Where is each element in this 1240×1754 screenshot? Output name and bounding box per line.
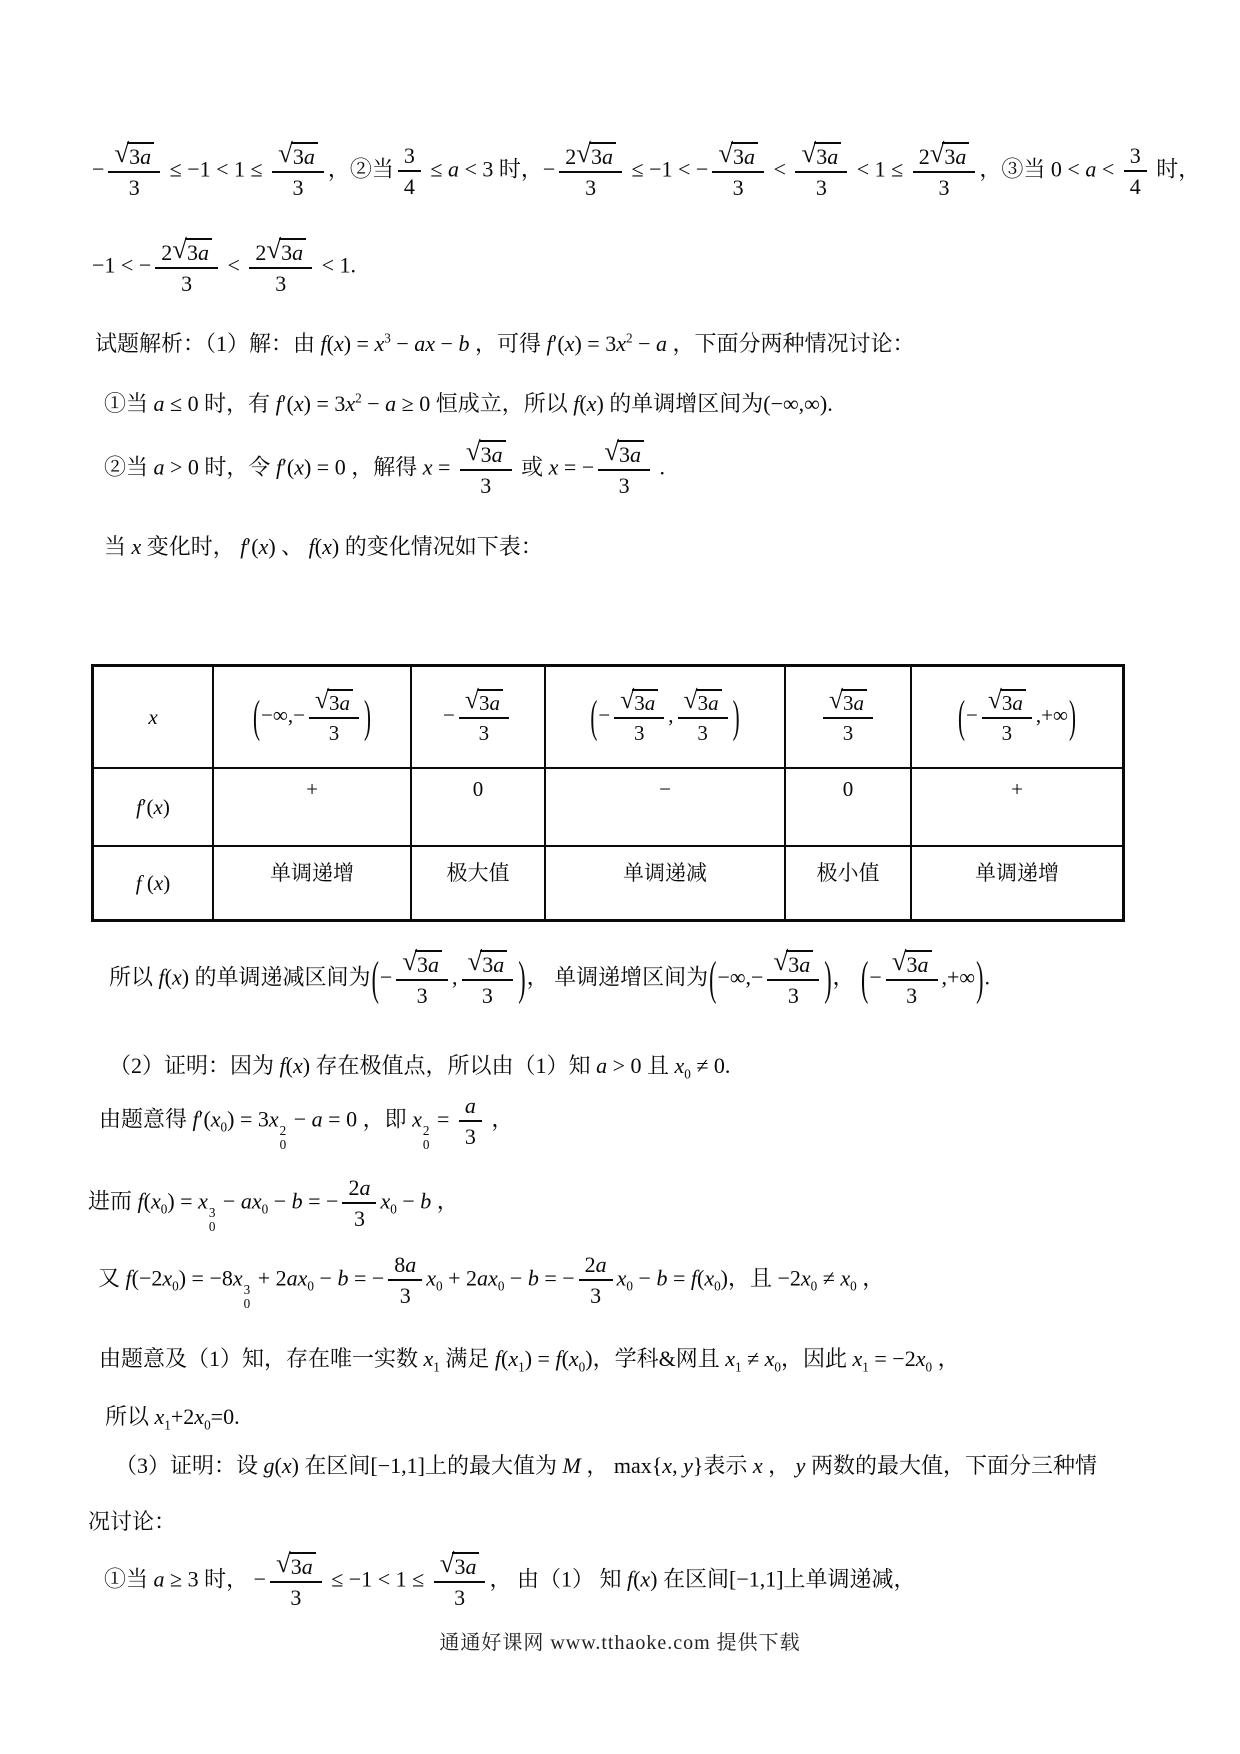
fraction: √3a3 <box>598 440 650 499</box>
radical-icon: √ <box>172 236 187 263</box>
subscript: 0 <box>307 1279 314 1294</box>
square-root: √3a <box>829 689 867 715</box>
fraction: √3a3 <box>614 689 664 745</box>
table-row: f′(x)+0−0+ <box>93 768 1124 846</box>
fraction-denominator: 4 <box>1130 172 1141 199</box>
fraction: a3 <box>459 1093 482 1150</box>
table-header-cell: (−√3a3,+∞) <box>911 666 1124 769</box>
fraction-denominator: 3 <box>733 173 744 200</box>
subscript: 0 <box>714 1279 721 1294</box>
fraction: √3a3 <box>767 950 819 1009</box>
radicand: 3a <box>1000 689 1026 715</box>
fraction-denominator: 3 <box>479 719 490 745</box>
square-root: √3a <box>440 1552 480 1579</box>
table-cell: 0 <box>411 768 545 846</box>
radical-icon: √ <box>276 1550 291 1577</box>
fraction-denominator: 3 <box>585 173 596 200</box>
solution-paragraph: ①当 a ≥ 3 时， −√3a3 ≤ −1 < 1 ≤ √3a3， 由（1） … <box>104 1552 916 1611</box>
solution-paragraph: 由题意得 f′(x0) = 3x20 − a = 0 ，即 x20 = a3 ， <box>99 1093 513 1152</box>
radical-icon: √ <box>684 687 698 713</box>
fraction: 8a3 <box>388 1252 422 1309</box>
fraction: 2√3a3 <box>559 142 622 201</box>
radical-icon: √ <box>829 687 843 713</box>
radical-icon: √ <box>466 438 481 465</box>
radicand: 3a <box>127 142 154 169</box>
radical-icon: √ <box>266 236 281 263</box>
square-root: √3a <box>988 689 1026 715</box>
table-cell: 单调递增 <box>213 846 411 921</box>
radical-icon: √ <box>402 948 417 975</box>
radical-icon: √ <box>465 687 479 713</box>
square-root: √3a <box>465 689 503 715</box>
fraction-denominator: 3 <box>482 981 493 1008</box>
radicand: 3a <box>480 950 507 977</box>
fraction: √3a3 <box>678 689 728 745</box>
solution-paragraph: −√3a3 ≤ −1 < 1 ≤ √3a3，②当34 ≤ a < 3 时，−2√… <box>92 142 1200 201</box>
subscript: 0 <box>172 1279 179 1294</box>
fraction-numerator: 2√3a <box>559 142 622 173</box>
fraction-numerator: 2a <box>342 1175 376 1204</box>
solution-paragraph: −1 < −2√3a3 < 2√3a3 < 1. <box>92 238 356 297</box>
fraction-numerator: 2√3a <box>913 142 976 173</box>
subscript: 0 <box>221 1120 228 1135</box>
fraction: 2√3a3 <box>913 142 976 201</box>
fraction-numerator: √3a <box>614 689 664 719</box>
table-row: f (x)单调递增极大值单调递减极小值单调递增 <box>93 846 1124 921</box>
fraction-denominator: 3 <box>843 719 854 745</box>
table-cell: 单调递减 <box>545 846 785 921</box>
fraction-numerator: √3a <box>886 950 938 981</box>
solution-paragraph: （3）证明：设 g(x) 在区间[−1,1]上的最大值为 M ， max{x, … <box>88 1452 1097 1481</box>
radical-icon: √ <box>930 140 945 167</box>
radical-icon: √ <box>988 687 1002 713</box>
big-paren: ( <box>252 694 261 739</box>
subscript: 1 <box>164 1417 171 1432</box>
footer-text: 通通好课网 www.tthaoke.com 提供下载 <box>0 1626 1240 1655</box>
superscript: 2 <box>280 1124 287 1138</box>
table-row: x(−∞,−√3a3)−√3a3(−√3a3,√3a3)√3a3(−√3a3,+… <box>93 666 1124 769</box>
document-page: { "page": {"background": "#ffffff", "tex… <box>0 0 1240 1754</box>
fraction: √3a3 <box>459 689 509 745</box>
big-paren: ) <box>363 694 372 739</box>
fraction: √3a3 <box>434 1552 486 1611</box>
subscript: 0 <box>262 1202 269 1217</box>
table-header-cell: x <box>93 666 214 769</box>
fraction-numerator: 2√3a <box>249 238 312 269</box>
radicand: 3a <box>291 142 318 169</box>
fraction-denominator: 3 <box>634 719 645 745</box>
solution-paragraph: ②当 a > 0 时，令 f′(x) = 0 ，解得 x = √3a3 或 x … <box>104 440 665 499</box>
sub-sup-stack: 30 <box>244 1283 251 1312</box>
square-root: √3a <box>604 440 644 467</box>
solution-paragraph: 由题意及（1）知，存在唯一实数 x1 满足 f(x1) = f(x0)，学科&网… <box>99 1345 960 1374</box>
radicand: 3a <box>731 142 758 169</box>
fraction: 2a3 <box>579 1252 613 1309</box>
fraction-numerator: 8a <box>388 1252 422 1281</box>
square-root: √3a <box>266 238 306 265</box>
big-paren: ( <box>708 956 717 1003</box>
square-root: √3a <box>773 950 813 977</box>
radical-icon: √ <box>315 687 329 713</box>
radicand: 3a <box>814 142 841 169</box>
fraction: 2a3 <box>342 1175 376 1232</box>
radicand: 3a <box>279 238 306 265</box>
subscript: 0 <box>925 1359 932 1374</box>
big-paren: ) <box>823 956 832 1003</box>
fraction: √3a3 <box>309 689 359 745</box>
fraction-denominator: 3 <box>816 173 827 200</box>
square-root: √3a <box>172 238 212 265</box>
square-root: √3a <box>315 689 353 715</box>
big-paren: ( <box>860 956 869 1003</box>
fraction-denominator: 3 <box>939 173 950 200</box>
fraction-numerator: √3a <box>712 142 764 173</box>
subscript: 0 <box>498 1279 505 1294</box>
superscript: 2 <box>626 331 633 346</box>
radicand: 3a <box>786 950 813 977</box>
subscript: 0 <box>280 1138 287 1152</box>
fraction: √3a3 <box>823 689 873 745</box>
table-cell: 极小值 <box>785 846 911 921</box>
fraction-denominator: 3 <box>292 173 303 200</box>
radical-icon: √ <box>440 1550 455 1577</box>
radicand: 3a <box>942 142 969 169</box>
radicand: 3a <box>841 689 867 715</box>
table-header-cell: −√3a3 <box>411 666 545 769</box>
fraction-numerator: 2a <box>579 1252 613 1281</box>
table-header-cell: (−∞,−√3a3) <box>213 666 411 769</box>
fraction-numerator: 3 <box>398 143 421 172</box>
table-cell: 0 <box>785 768 911 846</box>
subscript: 0 <box>774 1359 781 1374</box>
superscript: 2 <box>423 1124 430 1138</box>
fraction: √3a3 <box>272 142 324 201</box>
big-paren: ) <box>517 956 526 1003</box>
solution-paragraph: 所以 f(x) 的单调递减区间为(−√3a3,√3a3)， 单调递增区间为(−∞… <box>109 950 990 1009</box>
big-paren: ( <box>957 694 966 739</box>
fraction-numerator: √3a <box>823 689 873 719</box>
fraction: √3a3 <box>886 950 938 1009</box>
square-root: √3a <box>466 440 506 467</box>
fraction-numerator: √3a <box>767 950 819 981</box>
fraction: √3a3 <box>795 142 847 201</box>
fraction: √3a3 <box>712 142 764 201</box>
fraction: √3a3 <box>270 1552 322 1611</box>
subscript: 0 <box>579 1359 586 1374</box>
radical-icon: √ <box>468 948 483 975</box>
subscript: 1 <box>433 1359 440 1374</box>
solution-paragraph: 试题解析：（1）解：由 f(x) = x3 − ax − b ，可得 f′(x)… <box>95 330 915 359</box>
fraction-denominator: 3 <box>329 719 340 745</box>
square-root: √3a <box>892 950 932 977</box>
radicand: 3a <box>327 689 353 715</box>
subscript: 1 <box>735 1359 742 1374</box>
fraction-denominator: 3 <box>417 981 428 1008</box>
radical-icon: √ <box>801 140 816 167</box>
superscript: 2 <box>355 391 362 406</box>
fraction-numerator: √3a <box>108 142 160 173</box>
table-cell: + <box>911 768 1124 846</box>
fraction: √3a3 <box>396 950 448 1009</box>
fraction-denominator: 3 <box>129 173 140 200</box>
fraction-denominator: 3 <box>181 269 192 296</box>
fraction-denominator: 3 <box>906 981 917 1008</box>
fraction-numerator: √3a <box>598 440 650 471</box>
subscript: 0 <box>436 1279 443 1294</box>
fraction: 34 <box>1124 143 1147 200</box>
fraction-numerator: √3a <box>459 689 509 719</box>
fraction-denominator: 3 <box>290 1583 301 1610</box>
radicand: 3a <box>696 689 722 715</box>
radical-icon: √ <box>278 140 293 167</box>
fraction-denominator: 3 <box>454 1583 465 1610</box>
subscript: 0 <box>209 1220 216 1234</box>
superscript: 3 <box>244 1283 251 1297</box>
fraction-denominator: 3 <box>480 471 491 498</box>
fraction-numerator: √3a <box>396 950 448 981</box>
subscript: 1 <box>518 1359 525 1374</box>
solution-paragraph: ①当 a ≤ 0 时，有 f′(x) = 3x2 − a ≥ 0 恒成立，所以 … <box>104 390 833 419</box>
square-root: √3a <box>684 689 722 715</box>
big-paren: ( <box>589 694 598 739</box>
fraction-numerator: √3a <box>795 142 847 173</box>
subscript: 0 <box>423 1138 430 1152</box>
fraction-denominator: 3 <box>619 471 630 498</box>
superscript: 3 <box>209 1206 216 1220</box>
subscript: 0 <box>161 1202 168 1217</box>
square-root: √3a <box>402 950 442 977</box>
radical-icon: √ <box>114 140 129 167</box>
square-root: √3a <box>278 142 318 169</box>
square-root: √3a <box>801 142 841 169</box>
table-cell: + <box>213 768 411 846</box>
fraction-numerator: √3a <box>434 1552 486 1583</box>
radicand: 3a <box>415 950 442 977</box>
subscript: 0 <box>850 1279 857 1294</box>
fraction-denominator: 3 <box>590 1281 601 1308</box>
fraction-numerator: √3a <box>270 1552 322 1583</box>
fraction-denominator: 3 <box>1002 719 1013 745</box>
radicand: 3a <box>477 689 503 715</box>
fraction-denominator: 3 <box>275 269 286 296</box>
big-paren: ) <box>732 694 741 739</box>
radicand: 3a <box>589 142 616 169</box>
fraction: √3a3 <box>462 950 514 1009</box>
solution-paragraph: 所以 x1+2x0=0. <box>105 1403 240 1432</box>
fraction-numerator: 2√3a <box>155 238 218 269</box>
fraction: 2√3a3 <box>249 238 312 297</box>
fraction: √3a3 <box>108 142 160 201</box>
radicand: 3a <box>905 950 932 977</box>
table-cell: 极大值 <box>411 846 545 921</box>
solution-paragraph: 当 x 变化时， f′(x) 、 f(x) 的变化情况如下表： <box>104 533 543 562</box>
sub-sup-stack: 30 <box>209 1206 216 1235</box>
radicand: 3a <box>479 440 506 467</box>
radicand: 3a <box>632 689 658 715</box>
radical-icon: √ <box>718 140 733 167</box>
subscript: 0 <box>684 1066 691 1081</box>
solution-paragraph: （2）证明：因为 f(x) 存在极值点，所以由（1）知 a > 0 且 x0 ≠… <box>109 1052 730 1081</box>
big-paren: ( <box>371 956 380 1003</box>
square-root: √3a <box>930 142 970 169</box>
fraction-numerator: √3a <box>678 689 728 719</box>
subscript: 0 <box>244 1297 251 1311</box>
subscript: 1 <box>862 1359 869 1374</box>
fraction-denominator: 3 <box>400 1281 411 1308</box>
subscript: 0 <box>204 1417 211 1432</box>
fraction-denominator: 4 <box>404 172 415 199</box>
fraction: √3a3 <box>460 440 512 499</box>
fraction-numerator: √3a <box>272 142 324 173</box>
fraction-denominator: 3 <box>788 981 799 1008</box>
fraction-denominator: 3 <box>354 1204 365 1231</box>
table-header-cell: (−√3a3,√3a3) <box>545 666 785 769</box>
table-cell: f (x) <box>93 846 214 921</box>
square-root: √3a <box>576 142 616 169</box>
fraction-numerator: √3a <box>309 689 359 719</box>
radicand: 3a <box>617 440 644 467</box>
subscript: 0 <box>811 1279 818 1294</box>
fraction-numerator: √3a <box>982 689 1032 719</box>
solution-paragraph: 况讨论： <box>88 1508 176 1537</box>
square-root: √3a <box>718 142 758 169</box>
radical-icon: √ <box>892 948 907 975</box>
subscript: 0 <box>390 1202 397 1217</box>
fraction: √3a3 <box>982 689 1032 745</box>
sub-sup-stack: 20 <box>423 1124 430 1153</box>
table-header-cell: √3a3 <box>785 666 911 769</box>
radicand: 3a <box>289 1552 316 1579</box>
big-paren: ) <box>975 956 984 1003</box>
fraction: 34 <box>398 143 421 200</box>
radical-icon: √ <box>620 687 634 713</box>
superscript: 3 <box>384 331 391 346</box>
fraction: 2√3a3 <box>155 238 218 297</box>
table-cell: 单调递增 <box>911 846 1124 921</box>
radical-icon: √ <box>773 948 788 975</box>
fraction-denominator: 3 <box>697 719 708 745</box>
big-paren: ) <box>1068 694 1077 739</box>
solution-paragraph: 进而 f(x0) = x30 − ax0 − b = −2a3x0 − b ， <box>88 1175 459 1234</box>
square-root: √3a <box>114 142 154 169</box>
subscript: 0 <box>626 1279 633 1294</box>
radical-icon: √ <box>576 140 591 167</box>
radicand: 3a <box>185 238 212 265</box>
radicand: 3a <box>452 1552 479 1579</box>
square-root: √3a <box>468 950 508 977</box>
monotonicity-table: x(−∞,−√3a3)−√3a3(−√3a3,√3a3)√3a3(−√3a3,+… <box>91 664 1125 922</box>
fraction-denominator: 3 <box>465 1122 476 1149</box>
fraction-numerator: 3 <box>1124 143 1147 172</box>
sub-sup-stack: 20 <box>280 1124 287 1153</box>
table-cell: − <box>545 768 785 846</box>
square-root: √3a <box>276 1552 316 1579</box>
fraction-numerator: √3a <box>462 950 514 981</box>
solution-paragraph: 又 f(−2x0) = −8x30 + 2ax0 − b = −8a3x0 + … <box>98 1252 884 1311</box>
upright-text: max <box>614 1453 652 1478</box>
fraction-numerator: √3a <box>460 440 512 471</box>
fraction-numerator: a <box>459 1093 482 1122</box>
square-root: √3a <box>620 689 658 715</box>
table-cell: f′(x) <box>93 768 214 846</box>
radical-icon: √ <box>604 438 619 465</box>
